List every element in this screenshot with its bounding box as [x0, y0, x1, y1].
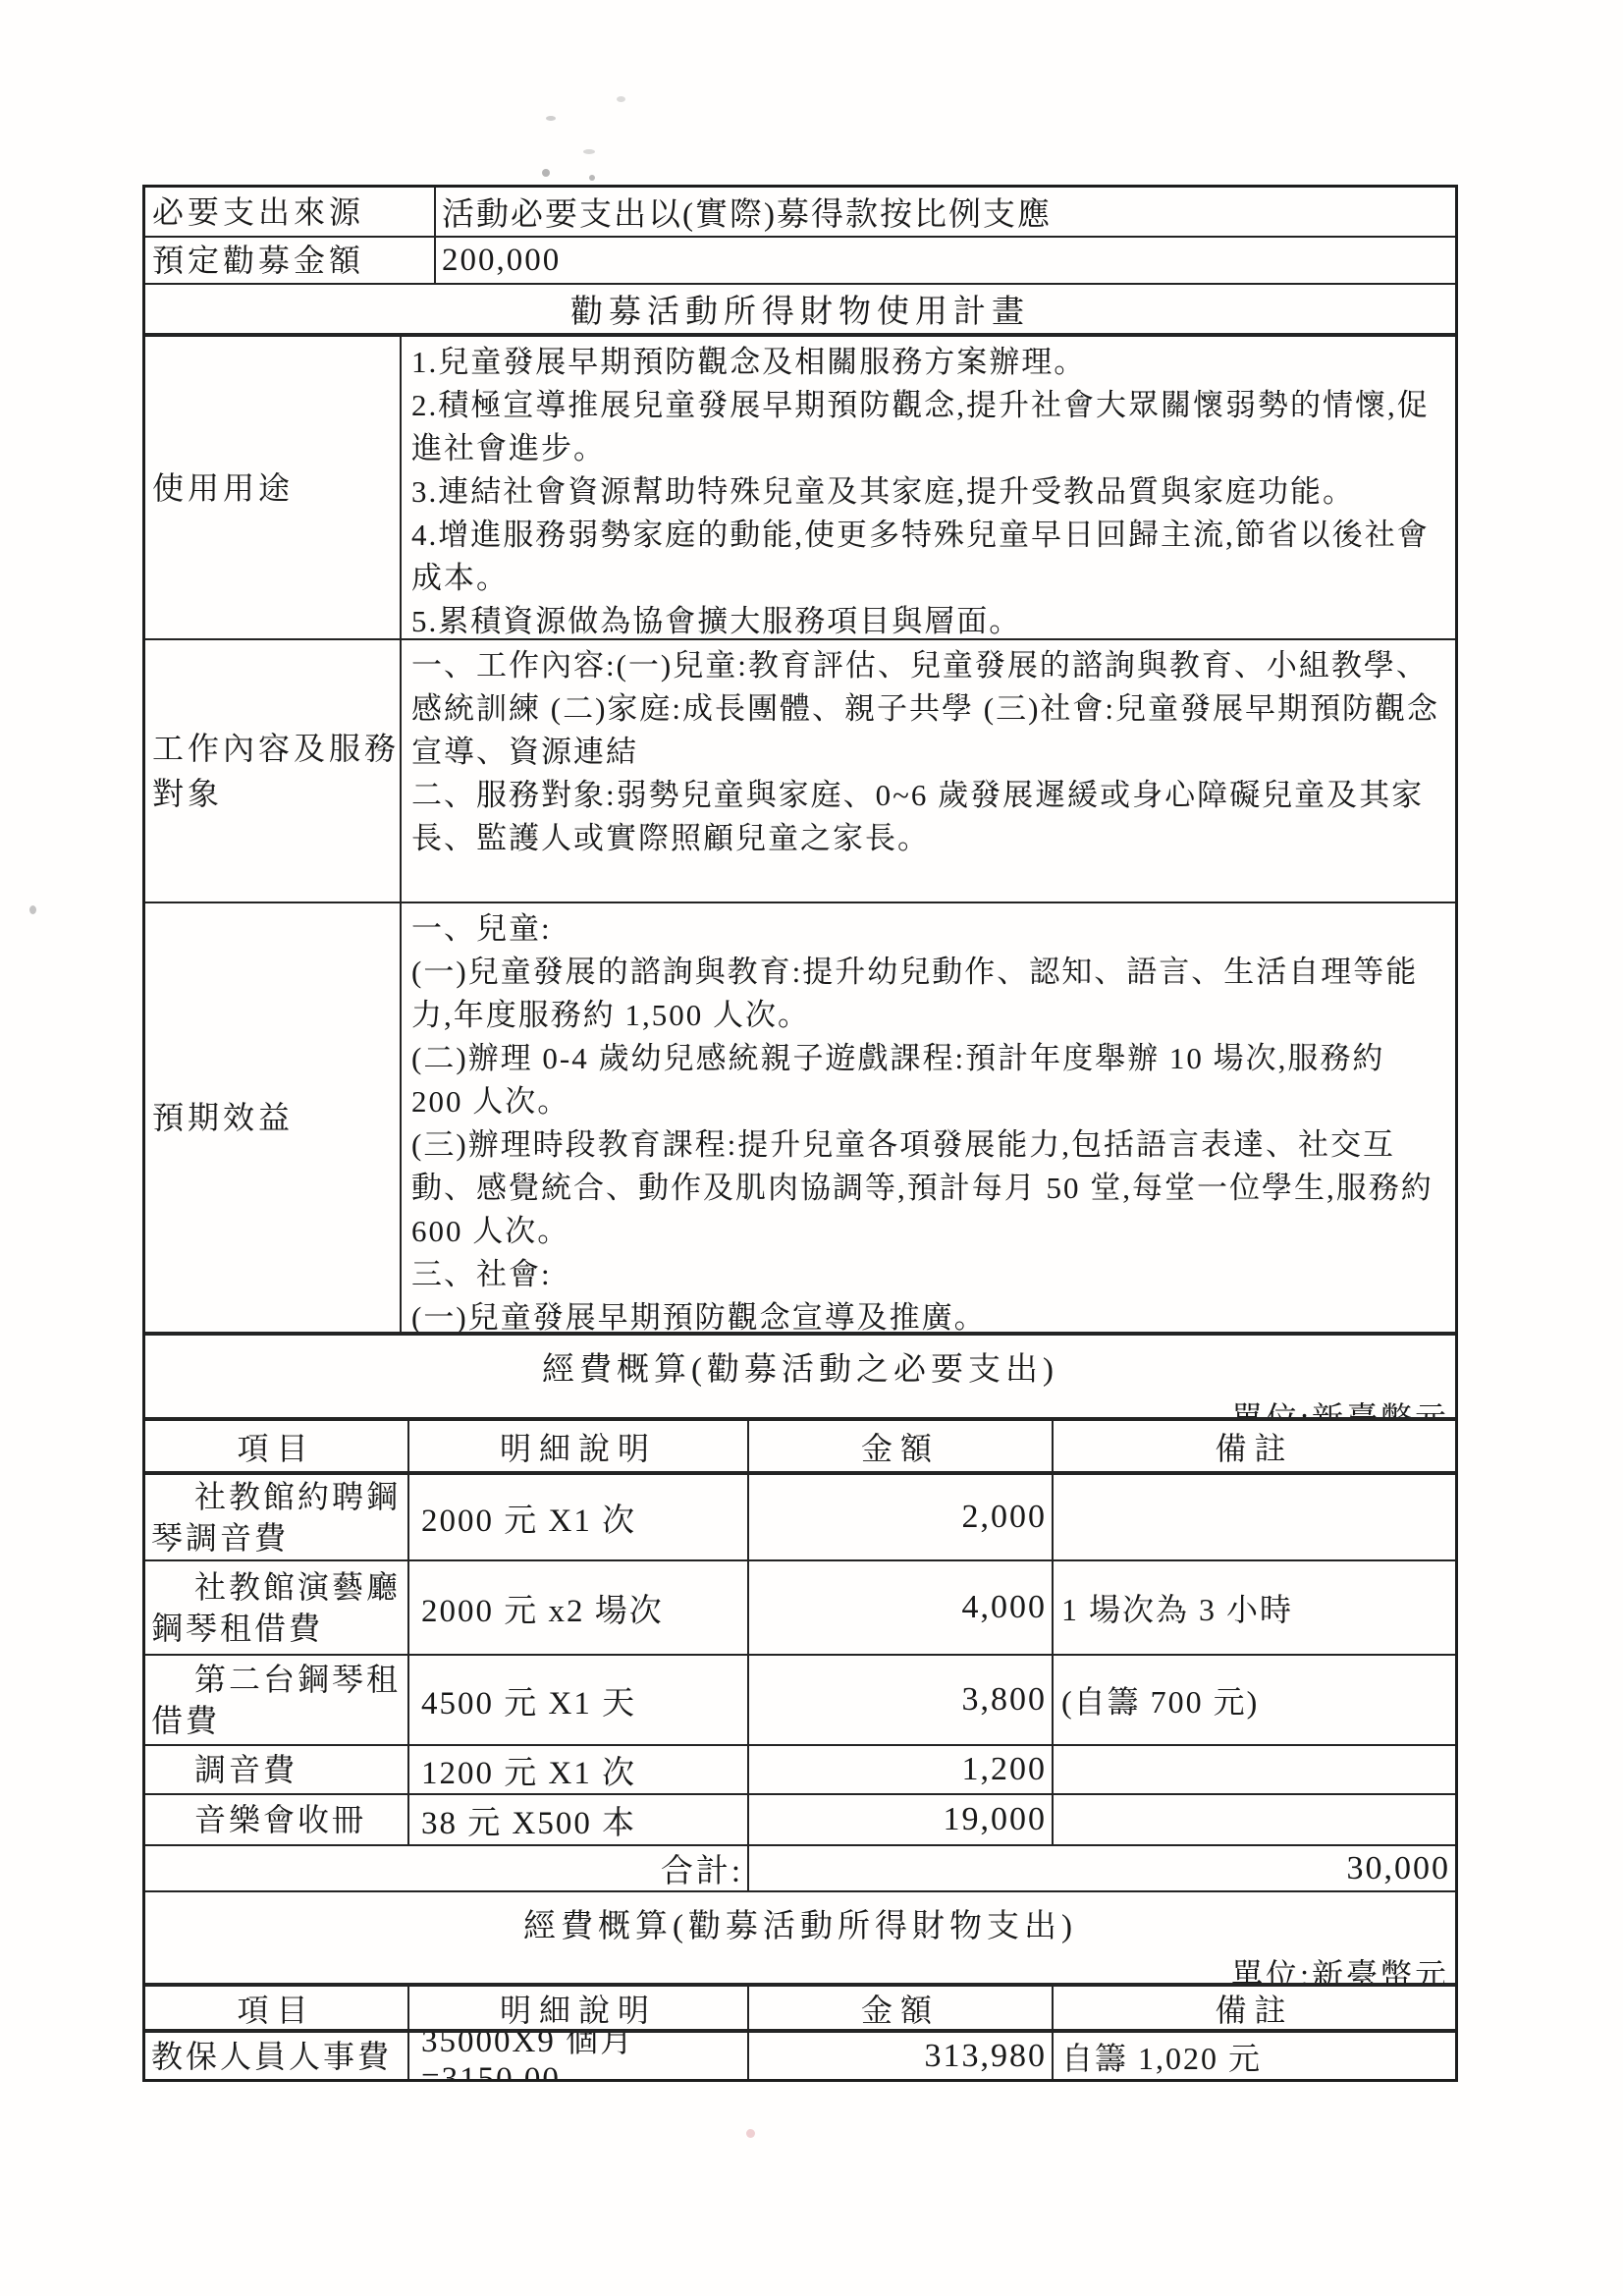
- budget1-amount: 19,000: [749, 1795, 1054, 1844]
- budget1-note: [1054, 1746, 1455, 1793]
- total-value: 30,000: [749, 1846, 1455, 1890]
- column-header-detail: 明細說明: [409, 1421, 749, 1471]
- usage-item: 4.增進服務弱勢家庭的動能,使更多特殊兒童早日回歸主流,節省以後社會成本。: [411, 514, 1445, 600]
- table-header-row: 項目 明細說明 金額 備註: [145, 1987, 1455, 2033]
- usage-content: 1.兒童發展早期預防觀念及相關服務方案辦理。 2.積極宣導推展兒童發展早期預防觀…: [402, 337, 1455, 638]
- budget1-amount: 4,000: [749, 1561, 1054, 1654]
- table-row: 預期效益 一、兒童: (一)兒童發展的諮詢與教育:提升幼兒動作、認知、語言、生活…: [145, 903, 1455, 1336]
- column-header-item: 項目: [145, 1421, 409, 1471]
- budget2-title-block: 經費概算(勸募活動所得財物支出) 單位:新臺幣元: [145, 1892, 1455, 1983]
- table-row: 使用用途 1.兒童發展早期預防觀念及相關服務方案辦理。 2.積極宣導推展兒童發展…: [145, 337, 1455, 640]
- budget1-item-cell: 社教館約聘鋼琴調音費: [145, 1475, 409, 1559]
- budget2-title: 經費概算(勸募活動所得財物支出): [145, 1900, 1455, 1946]
- column-header-item: 項目: [145, 1987, 409, 2029]
- table-row: 經費概算(勸募活動之必要支出) 單位:新臺幣元: [145, 1336, 1455, 1421]
- field-value-planned-fundraising-amount: 200,000: [436, 238, 1455, 283]
- budget1-detail: 1200 元 X1 次: [409, 1746, 749, 1793]
- usage-item: 5.累積資源做為協會擴大服務項目與層面。: [411, 600, 1445, 638]
- budget1-item: 第二台鋼琴租借費: [145, 1659, 407, 1741]
- work-content: 一、工作內容:(一)兒童:教育評估、兒童發展的諮詢與教育、小組教學、感統訓練 (…: [402, 640, 1455, 902]
- column-header-amount: 金額: [749, 1987, 1054, 2029]
- budget2-item-cell: 教保人員人事費: [145, 2033, 409, 2079]
- benefit-label: 預期效益: [145, 903, 402, 1332]
- table-row: 社教館約聘鋼琴調音費 2000 元 X1 次 2,000: [145, 1475, 1455, 1561]
- table-row: 社教館演藝廳鋼琴租借費 2000 元 x2 場次 4,000 1 場次為 3 小…: [145, 1561, 1455, 1656]
- benefit-item: (一)兒童發展的諮詢與教育:提升幼兒動作、認知、語言、生活自理等能力,年度服務約…: [411, 951, 1445, 1037]
- table-row: 勸募活動所得財物使用計畫: [145, 285, 1455, 337]
- budget1-amount: 1,200: [749, 1746, 1054, 1793]
- budget1-item-cell: 調音費: [145, 1746, 409, 1793]
- table-row: 調音費 1200 元 X1 次 1,200: [145, 1746, 1455, 1795]
- scan-artifact: [546, 116, 556, 121]
- budget1-detail: 38 元 X500 本: [409, 1795, 749, 1844]
- benefit-item: (三)辦理時段教育課程:提升兒童各項發展能力,包括語言表達、社交互動、感覺統合、…: [411, 1123, 1445, 1253]
- work-item: 二、服務對象:弱勢兒童與家庭、0~6 歲發展遲緩或身心障礙兒童及其家長、監護人或…: [411, 774, 1445, 860]
- budget1-detail: 4500 元 X1 天: [409, 1656, 749, 1744]
- work-item: 一、工作內容:(一)兒童:教育評估、兒童發展的諮詢與教育、小組教學、感統訓練 (…: [411, 644, 1445, 774]
- table-row: 必要支出來源 活動必要支出以(實際)募得款按比例支應: [145, 188, 1455, 238]
- budget1-item: 社教館演藝廳鋼琴租借費: [145, 1566, 407, 1649]
- plan-title: 勸募活動所得財物使用計畫: [145, 285, 1455, 333]
- budget1-amount: 2,000: [749, 1475, 1054, 1559]
- budget1-note: 1 場次為 3 小時: [1054, 1561, 1455, 1654]
- budget1-detail: 2000 元 X1 次: [409, 1475, 749, 1559]
- scan-artifact: [589, 175, 595, 181]
- table-row: 經費概算(勸募活動所得財物支出) 單位:新臺幣元: [145, 1892, 1455, 1987]
- field-label-necessary-expense-source: 必要支出來源: [145, 188, 436, 236]
- table-row: 第二台鋼琴租借費 4500 元 X1 天 3,800 (自籌 700 元): [145, 1656, 1455, 1746]
- budget1-item-cell: 第二台鋼琴租借費: [145, 1656, 409, 1744]
- table-header-row: 項目 明細說明 金額 備註: [145, 1421, 1455, 1475]
- table-row: 音樂會收冊 38 元 X500 本 19,000: [145, 1795, 1455, 1846]
- field-label-planned-fundraising-amount: 預定勸募金額: [145, 238, 436, 283]
- total-row: 合計: 30,000: [145, 1846, 1455, 1892]
- budget1-item-cell: 社教館演藝廳鋼琴租借費: [145, 1561, 409, 1654]
- budget1-title-block: 經費概算(勸募活動之必要支出) 單位:新臺幣元: [145, 1336, 1455, 1417]
- column-header-note: 備註: [1054, 1987, 1455, 2029]
- budget1-item-cell: 音樂會收冊: [145, 1795, 409, 1844]
- usage-item: 3.連結社會資源幫助特殊兒童及其家庭,提升受教品質與家庭功能。: [411, 470, 1445, 514]
- scanned-document-page: 必要支出來源 活動必要支出以(實際)募得款按比例支應 預定勸募金額 200,00…: [0, 0, 1623, 2296]
- usage-item: 2.積極宣導推展兒童發展早期預防觀念,提升社會大眾關懷弱勢的情懷,促進社會進步。: [411, 384, 1445, 470]
- form-table: 必要支出來源 活動必要支出以(實際)募得款按比例支應 預定勸募金額 200,00…: [142, 185, 1458, 2082]
- budget1-item: 社教館約聘鋼琴調音費: [145, 1476, 407, 1558]
- budget1-item: 音樂會收冊: [145, 1799, 370, 1840]
- budget2-item: 教保人員人事費: [145, 2036, 396, 2077]
- benefit-item: 一、兒童:: [411, 907, 1445, 951]
- benefit-item: 三、社會:: [411, 1253, 1445, 1296]
- budget1-unit: 單位:新臺幣元: [145, 1394, 1455, 1417]
- budget1-item: 調音費: [145, 1749, 301, 1790]
- scan-artifact: [746, 2129, 755, 2138]
- budget2-detail: 35000X9 個月=3150,00: [409, 2033, 749, 2079]
- total-label: 合計:: [145, 1846, 749, 1890]
- usage-label: 使用用途: [145, 337, 402, 638]
- column-header-detail: 明細說明: [409, 1987, 749, 2029]
- benefit-item: (二)辦理 0-4 歲幼兒感統親子遊戲課程:預計年度舉辦 10 場次,服務約 2…: [411, 1037, 1445, 1123]
- budget1-note: [1054, 1795, 1455, 1844]
- budget2-amount: 313,980: [749, 2033, 1054, 2079]
- benefit-content: 一、兒童: (一)兒童發展的諮詢與教育:提升幼兒動作、認知、語言、生活自理等能力…: [402, 903, 1455, 1332]
- usage-item: 1.兒童發展早期預防觀念及相關服務方案辦理。: [411, 341, 1445, 384]
- table-row: 教保人員人事費 35000X9 個月=3150,00 313,980 自籌 1,…: [145, 2033, 1455, 2079]
- budget1-note: (自籌 700 元): [1054, 1656, 1455, 1744]
- column-header-note: 備註: [1054, 1421, 1455, 1471]
- benefit-item: (一)兒童發展早期預防觀念宣導及推廣。: [411, 1296, 1445, 1332]
- scan-artifact: [617, 96, 625, 102]
- budget2-note: 自籌 1,020 元: [1054, 2033, 1455, 2079]
- table-row: 預定勸募金額 200,000: [145, 238, 1455, 285]
- budget1-detail: 2000 元 x2 場次: [409, 1561, 749, 1654]
- scan-artifact: [542, 169, 550, 177]
- budget1-amount: 3,800: [749, 1656, 1054, 1744]
- budget1-title: 經費概算(勸募活動之必要支出): [145, 1343, 1455, 1390]
- budget1-note: [1054, 1475, 1455, 1559]
- work-label: 工作內容及服務對象: [145, 640, 402, 902]
- scan-artifact: [583, 149, 595, 154]
- field-value-necessary-expense-source: 活動必要支出以(實際)募得款按比例支應: [436, 188, 1455, 236]
- scan-artifact: [29, 905, 36, 914]
- column-header-amount: 金額: [749, 1421, 1054, 1471]
- budget2-unit: 單位:新臺幣元: [145, 1950, 1455, 1983]
- table-row: 工作內容及服務對象 一、工作內容:(一)兒童:教育評估、兒童發展的諮詢與教育、小…: [145, 640, 1455, 903]
